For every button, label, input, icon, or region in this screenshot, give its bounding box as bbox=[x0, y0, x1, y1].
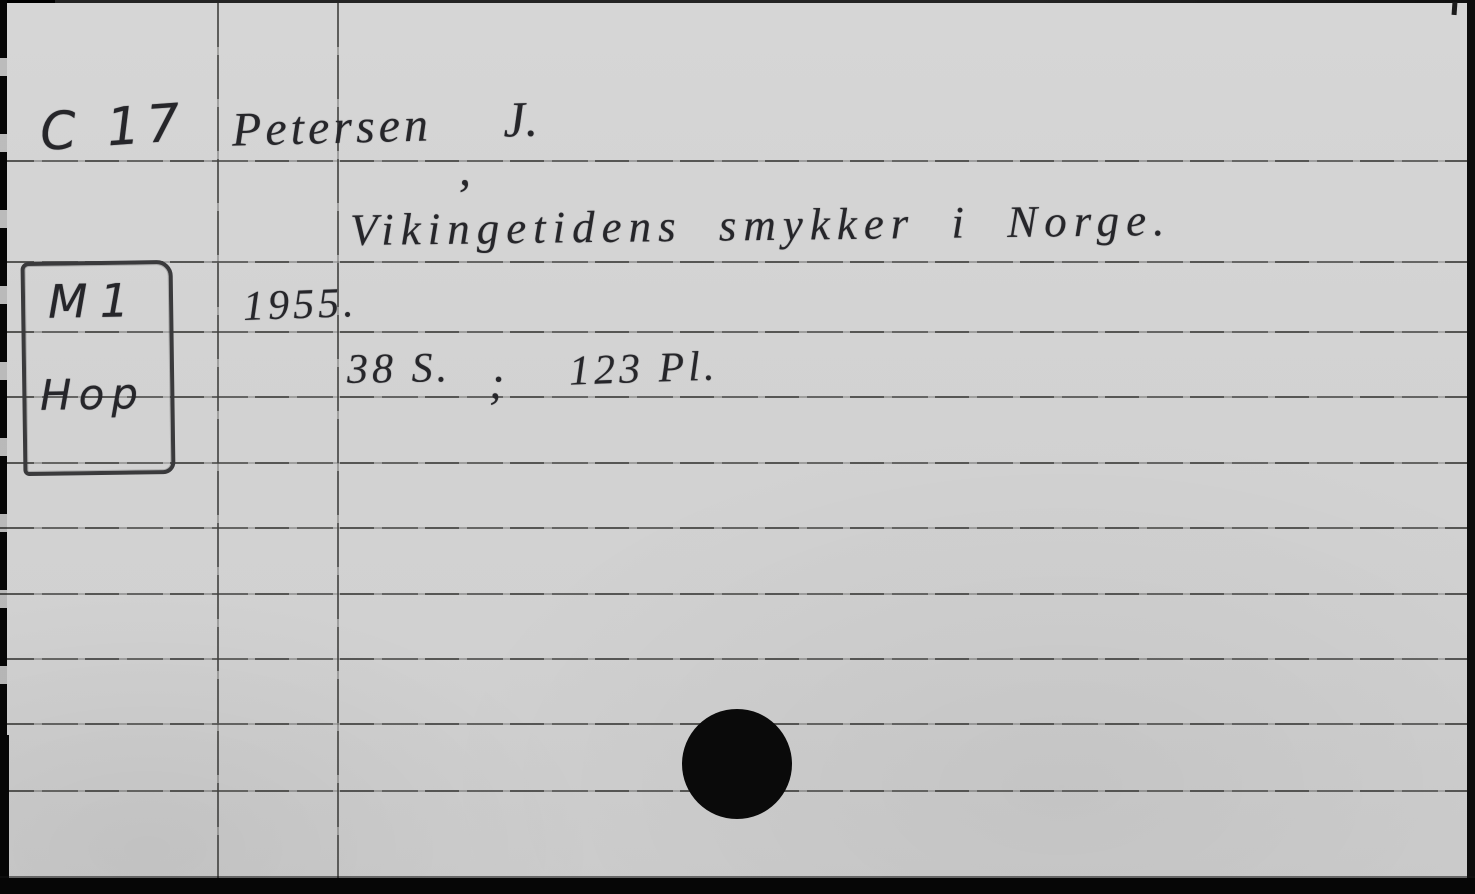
scan-edge-top bbox=[0, 0, 1475, 3]
ruled-line bbox=[0, 331, 1475, 333]
punch-hole bbox=[682, 709, 792, 819]
location-code-line1: M1 bbox=[48, 277, 142, 325]
ruled-line bbox=[0, 527, 1475, 529]
corner-tick-mark bbox=[1452, 2, 1458, 15]
ruled-line bbox=[0, 261, 1475, 263]
scan-edge-right bbox=[1467, 0, 1475, 894]
publication-year: 1955. bbox=[242, 282, 358, 328]
ruled-line bbox=[0, 462, 1475, 464]
collation-pages: 38 S. bbox=[347, 347, 452, 391]
scan-edge-bottom bbox=[0, 878, 1475, 894]
catalog-card: C 17 Petersen , J. Vikingetidens smykker… bbox=[0, 0, 1475, 894]
call-number: C 17 bbox=[38, 97, 188, 159]
collation-plates: 123 Pl. bbox=[568, 345, 719, 392]
scan-edge-left-lower bbox=[0, 735, 9, 894]
book-title: Vikingetidens smykker i Norge. bbox=[350, 198, 1172, 253]
author-initials: J. bbox=[502, 93, 538, 144]
vertical-rule-left bbox=[217, 3, 219, 881]
ruled-line bbox=[0, 593, 1475, 595]
author-surname: Petersen bbox=[231, 101, 432, 154]
collation-separator: ; bbox=[489, 360, 504, 406]
ruled-line bbox=[0, 160, 1475, 162]
author-comma: , bbox=[459, 146, 471, 194]
ruled-line bbox=[0, 658, 1475, 660]
ruled-line bbox=[0, 396, 1475, 398]
location-code-line2: Hop bbox=[40, 373, 146, 417]
